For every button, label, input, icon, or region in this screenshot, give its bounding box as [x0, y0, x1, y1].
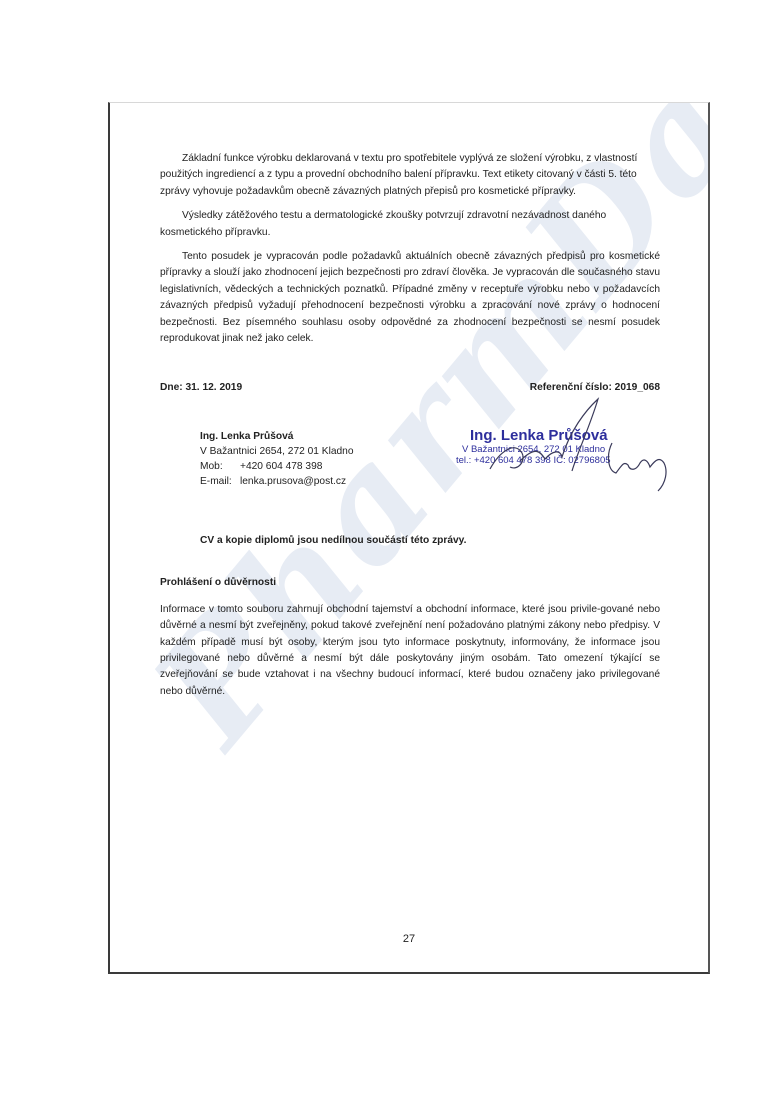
email-value: lenka.prusova@post.cz [240, 476, 346, 487]
mobile-label: Mob: [200, 459, 240, 474]
page-number: 27 [110, 933, 708, 945]
contact-mobile: Mob:+420 604 478 398 [200, 459, 354, 474]
contact-email: E-mail:lenka.prusova@post.cz [200, 474, 354, 489]
confidentiality-text: Informace v tomto souboru zahrnují obcho… [160, 602, 660, 700]
stamp-address: V Bažantnici 2654, 272 01 Kladno [456, 444, 611, 455]
stamp-name: Ing. Lenka Průšová [456, 427, 611, 444]
contact-address: V Bažantnici 2654, 272 01 Kladno [200, 444, 354, 459]
email-label: E-mail: [200, 474, 240, 489]
reference-number: Referenční číslo: 2019_068 [530, 380, 660, 396]
signature-block: Ing. Lenka Průšová V Bažantnici 2654, 27… [160, 429, 660, 509]
cv-note: CV a kopie diplomů jsou nedílnou součást… [200, 533, 660, 549]
paragraph-assessment: Tento posudek je vypracován podle požada… [160, 249, 660, 347]
page-content: Základní funkce výrobku deklarovaná v te… [160, 151, 660, 700]
document-page: PharmDates.cz Základní funkce výrobku de… [108, 102, 710, 974]
stamp: Ing. Lenka Průšová V Bažantnici 2654, 27… [456, 427, 611, 466]
paragraph-product-function: Základní funkce výrobku deklarovaná v te… [160, 151, 660, 200]
contact-name: Ing. Lenka Průšová [200, 429, 354, 444]
confidentiality-title: Prohlášení o důvěrnosti [160, 575, 660, 591]
contact-info: Ing. Lenka Průšová V Bažantnici 2654, 27… [200, 429, 354, 489]
date-label: Dne: 31. 12. 2019 [160, 380, 242, 396]
mobile-value: +420 604 478 398 [240, 461, 322, 472]
paragraph-test-results: Výsledky zátěžového testu a dermatologic… [160, 208, 660, 241]
date-reference-row: Dne: 31. 12. 2019 Referenční číslo: 2019… [160, 380, 660, 396]
stamp-tel: tel.: +420 604 478 398 IČ: 02796805 [456, 455, 611, 466]
